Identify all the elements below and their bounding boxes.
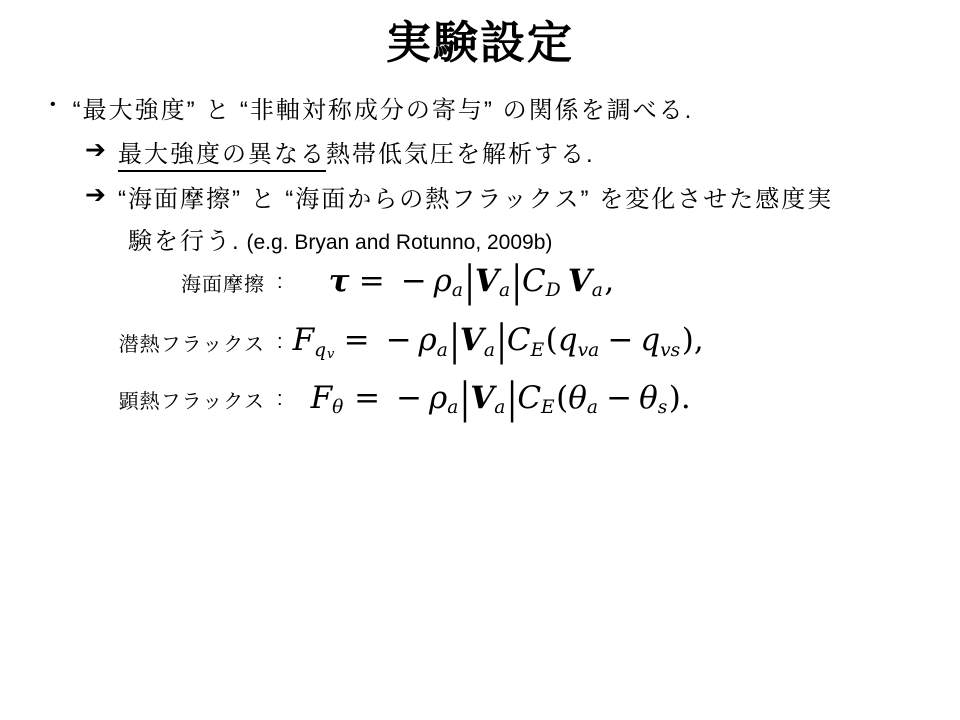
bullet-item: • “最大強度” と “非軸対称成分の寄与” の関係を調べる.	[50, 90, 693, 125]
sensitivity-line2-jp: 験を行う.	[128, 228, 241, 255]
equation-colon: :	[277, 331, 283, 354]
arrow-item-analysis-rest: 熱帯低気圧を解析する.	[326, 141, 595, 168]
equation-label: 顕熱フラックス	[115, 385, 265, 414]
citation-text: (e.g. Bryan and Rotunno, 2009b)	[241, 231, 553, 254]
equation-row-latent-heat-flux: 潜熱フラックス : Fqv=−ρa|Va|CE(qva−qvs),	[115, 313, 704, 371]
right-arrow-icon: ➔	[85, 135, 106, 164]
bullet-text: “最大強度” と “非軸対称成分の寄与” の関係を調べる.	[73, 90, 694, 125]
presentation-slide: 実験設定 • “最大強度” と “非軸対称成分の寄与” の関係を調べる. ➔ 最…	[0, 0, 960, 720]
arrow-item-sensitivity-line1: “海面摩擦” と “海面からの熱フラックス” を変化させた感度実	[118, 179, 833, 214]
equation-colon: :	[277, 271, 283, 294]
underlined-phrase: 最大強度の異なる	[118, 141, 326, 172]
bullet-icon: •	[50, 96, 56, 114]
arrow-item-sensitivity: ➔ “海面摩擦” と “海面からの熱フラックス” を変化させた感度実	[85, 179, 833, 214]
arrow-item-analysis-text: 最大強度の異なる熱帯低気圧を解析する.	[118, 134, 595, 169]
equation-row-surface-friction: 海面摩擦 : τ=−ρa|Va|CDVa,	[115, 253, 614, 311]
right-arrow-icon: ➔	[85, 180, 106, 209]
equation-label: 海面摩擦	[115, 268, 265, 297]
equation-math-ftheta: Fθ=−ρa|Va|CE(θa−θs).	[311, 380, 691, 419]
arrow-item-sensitivity-line2: 験を行う. (e.g. Bryan and Rotunno, 2009b)	[128, 221, 552, 256]
slide-title: 実験設定	[0, 6, 960, 71]
equation-colon: :	[277, 388, 283, 411]
equation-math-fqv: Fqv=−ρa|Va|CE(qva−qvs),	[293, 322, 704, 362]
equation-math-tau: τ=−ρa|Va|CDVa,	[329, 263, 615, 302]
equation-row-sensible-heat-flux: 顕熱フラックス : Fθ=−ρa|Va|CE(θa−θs).	[115, 370, 691, 428]
equation-label: 潜熱フラックス	[115, 328, 265, 357]
arrow-item-analysis: ➔ 最大強度の異なる熱帯低気圧を解析する.	[85, 134, 595, 169]
